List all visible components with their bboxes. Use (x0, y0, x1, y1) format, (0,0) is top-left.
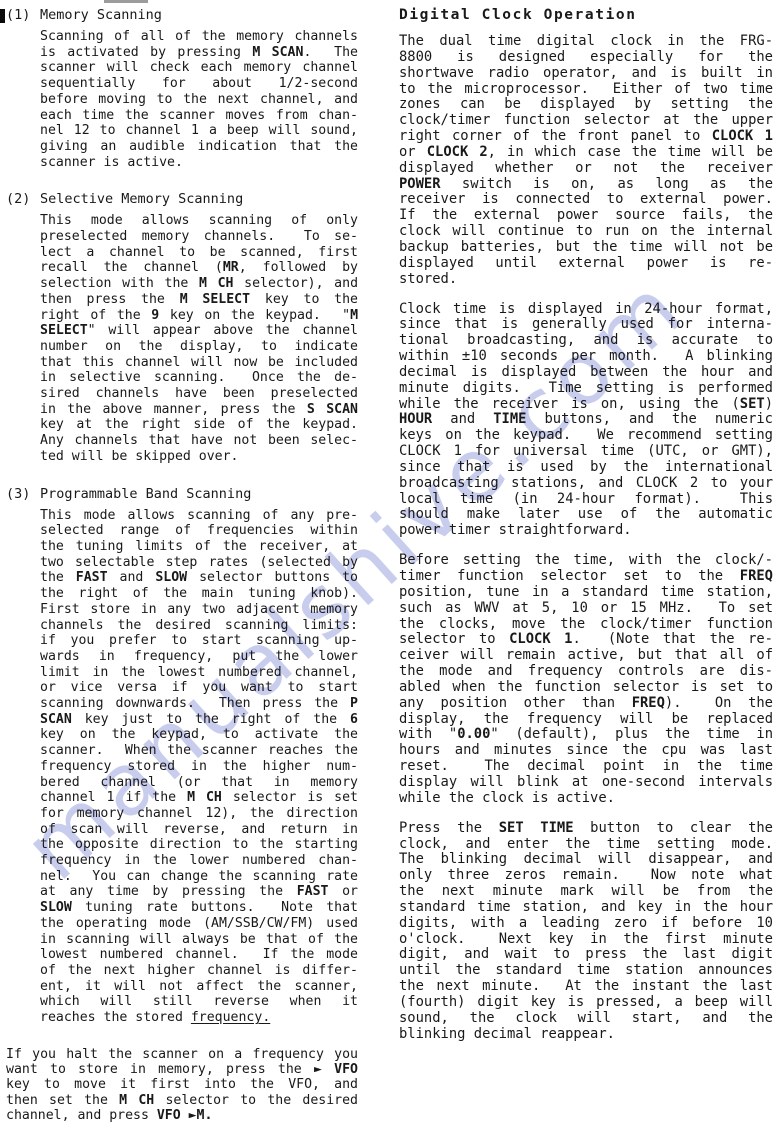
text-line: frequency stored in the higher num- (40, 759, 358, 775)
section-heading: (3)Programmable Band Scanning (6, 486, 358, 502)
text-line: of the next higher channel is differ- (40, 963, 358, 979)
text-line: at any time by pressing the FAST or (40, 884, 358, 900)
text-line: recall the channel (MR, followed by (40, 260, 358, 276)
text-line: standard time station, and key in the ho… (399, 900, 773, 916)
text-line: blinking decimal reappear. (399, 1027, 773, 1043)
text-line: the right of the main tuning knob). (40, 586, 358, 602)
paragraph: Clock time is displayed in 24-hour forma… (399, 302, 773, 540)
text-line: o'clock. Next key in the first minute (399, 932, 773, 948)
text-line: for memory channel 12), the direction (40, 806, 358, 822)
text-line: position, tune in a standard time statio… (399, 585, 773, 601)
text-line: right of the 9 key on the keypad. "M (40, 308, 358, 324)
text-line: of scan will reverse, and return in (40, 822, 358, 838)
text-line: key to move it first into the VFO, and (6, 1077, 358, 1092)
text-line: power timer straightforward. (399, 523, 773, 539)
text-line: decimal is displayed between the hour an… (399, 365, 773, 381)
text-line: If you halt the scanner on a frequency y… (6, 1047, 358, 1062)
text-line: preselected memory channels. To se- (40, 229, 358, 245)
text-line: number on the display, to indicate (40, 339, 358, 355)
text-line: scanner will check each memory channel (40, 60, 358, 76)
section-body: Scanning of all of the memory channelsis… (40, 29, 358, 170)
text-line: lect a channel to be scanned, first (40, 245, 358, 261)
text-line: to the microprocessor. Either of two tim… (399, 82, 773, 98)
text-line: keys on the keypad. We recommend setting (399, 428, 773, 444)
text-line: only three zeros remain. Now note what (399, 868, 773, 884)
text-line: selected range of frequencies within (40, 523, 358, 539)
text-line: the next minute mark will be from the (399, 884, 773, 900)
text-line: shortwave radio operator, and is built i… (399, 66, 773, 82)
text-line: ted will be skipped over. (40, 449, 358, 465)
text-line: giving an audible indication that the (40, 139, 358, 155)
text-line: wards in frequency, put the lower (40, 649, 358, 665)
text-line: frequency in the lower numbered chan- (40, 853, 358, 869)
text-line: then set the M CH selector to the desire… (6, 1093, 358, 1108)
section-number: (3) (6, 486, 40, 502)
text-line: if you prefer to start scanning up- (40, 633, 358, 649)
text-line: This mode allows scanning of only (40, 213, 358, 229)
text-line: Clock time is displayed in 24-hour forma… (399, 302, 773, 318)
text-line: receiver is connected to external power. (399, 192, 773, 208)
text-line: channel 1 if the M CH selector is set (40, 790, 358, 806)
paragraph: Press the SET TIME button to clear thecl… (399, 821, 773, 1043)
text-line: abled when the function selector is set … (399, 680, 773, 696)
text-line: nel. You can change the scanning rate (40, 869, 358, 885)
text-line: in the above manner, press the S SCAN (40, 402, 358, 418)
text-line: key on the keypad, to activate the (40, 727, 358, 743)
text-line: zones can be displayed by setting the (399, 97, 773, 113)
text-line: nel 12 to channel 1 a beep will sound, (40, 123, 358, 139)
left-column: (1)Memory ScanningScanning of all of the… (6, 7, 358, 1123)
text-line: within ±10 seconds per month. A blinking (399, 349, 773, 365)
text-line: any position other than FREQ). On the (399, 696, 773, 712)
text-line: reaches the stored frequency. (40, 1010, 358, 1026)
text-line: the clocks, move the clock/timer functio… (399, 617, 773, 633)
right-column: Digital Clock Operation The dual time di… (399, 6, 773, 1056)
text-line: while the receiver is on, using the (SET… (399, 397, 773, 413)
text-line: the FAST and SLOW selector buttons to (40, 570, 358, 586)
text-line: Scanning of all of the memory channels (40, 29, 358, 45)
right-paragraphs: The dual time digital clock in the FRG-8… (399, 34, 773, 1042)
text-line: sequentially for about 1/2-second (40, 76, 358, 92)
text-line: minute digits. Time setting is performed (399, 381, 773, 397)
text-line: backup batteries, but the time will not … (399, 240, 773, 256)
text-line: key at the right side of the keypad. (40, 417, 358, 433)
text-line: that this channel will now be included (40, 355, 358, 371)
text-line: digits, with a leading zero if before 10 (399, 916, 773, 932)
text-line: POWER switch is on, as long as the (399, 177, 773, 193)
closing-paragraph: If you halt the scanner on a frequency y… (6, 1047, 358, 1123)
section-heading: (2)Selective Memory Scanning (6, 191, 358, 207)
text-line: If the external power source fails, the (399, 208, 773, 224)
text-line: digit, and wait to press the last digit (399, 947, 773, 963)
text-line: display will blink at one-second interva… (399, 775, 773, 791)
text-line: Press the SET TIME button to clear the (399, 821, 773, 837)
text-line: SCAN key just to the right of the 6 (40, 712, 358, 728)
section-body: This mode allows scanning of any pre-sel… (40, 508, 358, 1026)
text-line: want to store in memory, press the ► VFO (6, 1062, 358, 1077)
paragraph: Before setting the time, with the clock/… (399, 553, 773, 807)
text-line: scanning downwards. Then press the P (40, 696, 358, 712)
text-line: sired channels have been preselected (40, 386, 358, 402)
text-line: bered channel (or that in memory (40, 775, 358, 791)
text-line: ent, it will not affect the scanner, (40, 979, 358, 995)
section-number: (1) (6, 7, 40, 23)
text-line: HOUR and TIME buttons, and the numeric (399, 412, 773, 428)
text-line: sound, the clock will start, and the (399, 1011, 773, 1027)
text-line: while the clock is active. (399, 791, 773, 807)
text-line: such as WWV at 5, 10 or 15 MHz. To set (399, 601, 773, 617)
text-line: the tuning limits of the receiver, at (40, 539, 358, 555)
text-line: limit in the lowest numbered channel, (40, 665, 358, 681)
text-line: each time the scanner moves from chan- (40, 108, 358, 124)
text-line: or vice versa if you want to start (40, 680, 358, 696)
text-line: ceiver will remain active, but that all … (399, 648, 773, 664)
text-line: displayed until external power is re- (399, 256, 773, 272)
text-line: The dual time digital clock in the FRG- (399, 34, 773, 50)
text-line: lowest numbered channel. If the mode (40, 947, 358, 963)
text-line: clock will continue to run on the intern… (399, 224, 773, 240)
text-line: CLOCK 1 for universal time (UTC, or GMT)… (399, 444, 773, 460)
paragraph: The dual time digital clock in the FRG-8… (399, 34, 773, 288)
text-line: clock/timer function selector at the upp… (399, 113, 773, 129)
section-title: Programmable Band Scanning (40, 486, 251, 502)
text-line: channels the desired scanning limits: (40, 618, 358, 634)
text-line: two selectable step rates (selected by (40, 555, 358, 571)
text-line: First store in any two adjacent memory (40, 602, 358, 618)
text-line: with "0.00" (default), plus the time in (399, 727, 773, 743)
text-line: SELECT" will appear above the channel (40, 323, 358, 339)
text-line: until the standard time station announce… (399, 963, 773, 979)
text-line: 8800 is designed especially for the (399, 50, 773, 66)
section-title: Memory Scanning (40, 7, 162, 23)
text-line: is activated by pressing M SCAN. The (40, 45, 358, 61)
text-line: before moving to the next channel, and (40, 92, 358, 108)
scan-artifact (104, 0, 148, 3)
section-title: Selective Memory Scanning (40, 191, 243, 207)
section-number: (2) (6, 191, 40, 207)
text-line: reset. The decimal point in the time (399, 759, 773, 775)
text-line: display, the frequency will be replaced (399, 712, 773, 728)
text-line: since that is used by the international (399, 460, 773, 476)
text-line: the next minute. At the instant the last (399, 979, 773, 995)
text-line: hours and minutes since the cpu was last (399, 743, 773, 759)
text-line: timer function selector set to the FREQ (399, 569, 773, 585)
text-line: in selective scanning. Once the de- (40, 370, 358, 386)
text-line: or CLOCK 2, in which case the time will … (399, 145, 773, 161)
text-line: The blinking decimal will disappear, and (399, 852, 773, 868)
text-line: (fourth) digit key is pressed, a beep wi… (399, 995, 773, 1011)
text-line: selection with the M CH selector), and (40, 276, 358, 292)
text-line: should make later use of the automatic (399, 507, 773, 523)
text-line: displayed whether or not the receiver (399, 161, 773, 177)
text-line: selector to CLOCK 1. (Note that the re- (399, 632, 773, 648)
manual-page: manualshive.com (1)Memory ScanningScanni… (0, 0, 780, 1130)
text-line: clock, and enter the time setting mode. (399, 837, 773, 853)
text-line: local time (in 24-hour format). This (399, 492, 773, 508)
text-line: the operating mode (AM/SSB/CW/FM) used (40, 916, 358, 932)
text-line: tional broadcasting, and is accurate to (399, 333, 773, 349)
text-line: scanner is active. (40, 155, 358, 171)
text-line: SLOW tuning rate buttons. Note that (40, 900, 358, 916)
section-heading: (1)Memory Scanning (6, 7, 358, 23)
text-line: since that is generally used for interna… (399, 317, 773, 333)
text-line: Before setting the time, with the clock/… (399, 553, 773, 569)
text-line: broadcasting stations, and CLOCK 2 to yo… (399, 476, 773, 492)
text-line: right corner of the front panel to CLOCK… (399, 129, 773, 145)
scan-artifact (0, 9, 5, 23)
text-line: which will still reverse when it (40, 994, 358, 1010)
text-line: then press the M SELECT key to the (40, 292, 358, 308)
text-line: the opposite direction to the starting (40, 837, 358, 853)
text-line: the mode and frequency controls are dis- (399, 664, 773, 680)
text-line: in scanning will always be that of the (40, 932, 358, 948)
text-line: scanner. When the scanner reaches the (40, 743, 358, 759)
text-line: stored. (399, 272, 773, 288)
text-line: channel, and press VFO ►M. (6, 1108, 358, 1123)
text-line: Any channels that have not been selec- (40, 433, 358, 449)
text-line: This mode allows scanning of any pre- (40, 508, 358, 524)
section-heading: Digital Clock Operation (399, 6, 773, 25)
section-body: This mode allows scanning of onlypresele… (40, 213, 358, 464)
